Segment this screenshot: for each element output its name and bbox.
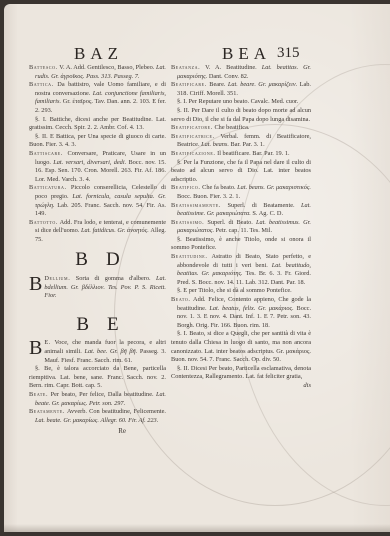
section-heading-bd: BD	[29, 256, 166, 265]
book-page: BAZ BEA 315 Battesco. V. A. Add. Gentile…	[4, 4, 390, 532]
entry-beatitudine: Beatitudine. Astratto di Beato, Stato pe…	[171, 253, 311, 287]
subentry: §. Be, è talora accorciato da Bene, part…	[29, 365, 166, 391]
catchword-right: dis	[171, 382, 311, 391]
entry-beatamente: Beatamente. Avverb. Con beatitudine, Fel…	[29, 408, 166, 425]
left-column: Battesco. V. A. Add. Gentilesco, Basso, …	[29, 64, 166, 436]
subentry: §. I. Beato, si dice a Quegli, che per s…	[171, 330, 311, 364]
entry-beatifico: Beatifico. Che fa beato. Lat. beans. Gr.…	[171, 184, 311, 201]
subentry: §. Beatissimo, è anche Titolo, onde si o…	[171, 236, 311, 253]
entry-beatificatore: Beatificatore. Che beatifica.	[171, 124, 311, 133]
entry-battotto: Battotto. Add. Fra lodo, e tenterai, e c…	[29, 219, 166, 245]
entry-beatificatrice: Beatificatrice. Verbal. femm. di Beatifi…	[171, 133, 311, 150]
right-column: Beatanza. V. A. Beatitudine. Lat. beatit…	[171, 64, 311, 391]
page-edge-shadow	[350, 4, 390, 532]
subentry: §. I. Per Reputare uno beato. Cavalc. Me…	[171, 98, 311, 107]
subentry: §. E per Titolo, che si dà al sommo Pont…	[171, 287, 311, 296]
entry-batticatura: Batticatura. Piccolo conserellicia, Cele…	[29, 184, 166, 218]
entry-battica: Battica. Da battistro, vale Uomo familia…	[29, 81, 166, 115]
header-left: BAZ	[74, 44, 123, 64]
section-heading-be: BE	[29, 321, 166, 330]
entry-beatissimo: Beatissimo. Superl. di Beato. Lat. beati…	[171, 219, 311, 236]
entry-bdellium: BDellium. Sorta di gomma d'albero. Lat. …	[29, 275, 166, 301]
running-header: BAZ BEA 315	[4, 44, 390, 64]
entry-beatificazione: Beatificazione. Il beatificare. Bar. Par…	[171, 150, 311, 159]
entry-beatanza: Beatanza. V. A. Beatitudine. Lat. beatit…	[171, 64, 311, 81]
drop-cap: B	[29, 276, 42, 293]
entry-beate: Beate. Per beato, Per felice, Dalla beat…	[29, 391, 166, 408]
page-number: 315	[277, 45, 300, 62]
header-right: BEA	[222, 44, 271, 64]
entry-battiscare: Battiscare. Conversare, Praticare, Usare…	[29, 150, 166, 184]
subentry: §. II. E Battica, per Una specie di giuo…	[29, 133, 166, 150]
entry-beato: Beato. Add. Felice, Contento appieno, Ch…	[171, 296, 311, 330]
page-bottom-edge	[4, 524, 390, 532]
subentry: §. II. Dicesi Per beato, Particella escl…	[171, 365, 311, 382]
entry-be: BE. Voce, che manda fuor la pecora, e al…	[29, 339, 166, 365]
drop-cap: B	[29, 340, 42, 357]
entry-battesco: Battesco. V. A. Add. Gentilesco, Basso, …	[29, 64, 166, 81]
catchword-left: Re	[29, 427, 166, 436]
subentry: §. Per la Funzione, che fa il Papa nel d…	[171, 159, 311, 185]
entry-beatificare: Beatificare. Beare. Lat. beare. Gr. μακα…	[171, 81, 311, 98]
subentry: §. II. Per Dare il culto di beato dopo m…	[171, 107, 311, 124]
entry-beatissimamente: Beatissimamente. Superl. di Beatamente. …	[171, 202, 311, 219]
subentry: §. I. Battiche, dicesi anche per Beatitu…	[29, 116, 166, 133]
